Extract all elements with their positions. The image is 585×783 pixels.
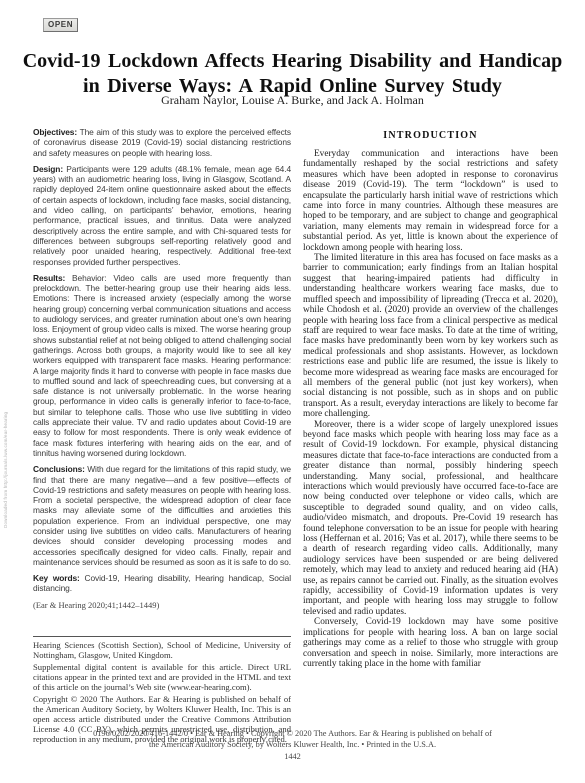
introduction-heading: INTRODUCTION (303, 130, 558, 141)
abstract: Objectives: The aim of this study was to… (33, 127, 291, 594)
intro-paragraph: The limited literature in this area has … (303, 253, 558, 420)
affiliation-note: Hearing Sciences (Scottish Section), Sch… (33, 641, 291, 661)
supplemental-note: Supplemental digital content is availabl… (33, 663, 291, 693)
section-label-objectives: Objectives: (33, 127, 77, 137)
download-watermark: Downloaded from http://journals.lww.com/… (3, 412, 8, 528)
journal-article-page: Downloaded from http://journals.lww.com/… (0, 0, 585, 783)
journal-citation: (Ear & Hearing 2020;41;1442–1449) (33, 600, 291, 610)
introduction-column: INTRODUCTION Everyday communication and … (303, 127, 558, 747)
footer-line-1: 0196/0202/2020/416-1442/0 • Ear & Hearin… (0, 729, 585, 740)
page-number: 1442 (0, 752, 585, 763)
abstract-objectives: Objectives: The aim of this study was to… (33, 127, 291, 158)
section-text: Participants were 129 adults (48.1% fema… (33, 164, 291, 267)
abstract-conclusions: Conclusions: With due regard for the lim… (33, 464, 291, 567)
intro-paragraph: Conversely, Covid-19 lockdown may have s… (303, 617, 558, 669)
intro-paragraph: Everyday communication and interactions … (303, 149, 558, 253)
section-label-design: Design: (33, 164, 63, 174)
footnote-divider (33, 636, 291, 637)
abstract-column: Objectives: The aim of this study was to… (33, 127, 291, 747)
page-footer: 0196/0202/2020/416-1442/0 • Ear & Hearin… (0, 729, 585, 762)
abstract-design: Design: Participants were 129 adults (48… (33, 164, 291, 267)
footer-line-2: the American Auditory Society, by Wolter… (0, 740, 585, 751)
section-text: Behavior: Video calls are used more freq… (33, 273, 291, 458)
section-text: With due regard for the limitations of t… (33, 464, 291, 567)
article-title: Covid-19 Lockdown Affects Hearing Disabi… (20, 49, 565, 99)
open-access-badge: OPEN (43, 18, 78, 32)
two-column-body: Objectives: The aim of this study was to… (33, 127, 558, 747)
abstract-results: Results: Behavior: Video calls are used … (33, 273, 291, 458)
abstract-keywords: Key words: Covid-19, Hearing disability,… (33, 573, 291, 594)
intro-paragraph: Moreover, there is a wider scope of larg… (303, 420, 558, 618)
section-label-conclusions: Conclusions: (33, 464, 85, 474)
section-label-keywords: Key words: (33, 573, 80, 583)
author-line: Graham Naylor, Louise A. Burke, and Jack… (0, 93, 585, 108)
section-label-results: Results: (33, 273, 65, 283)
